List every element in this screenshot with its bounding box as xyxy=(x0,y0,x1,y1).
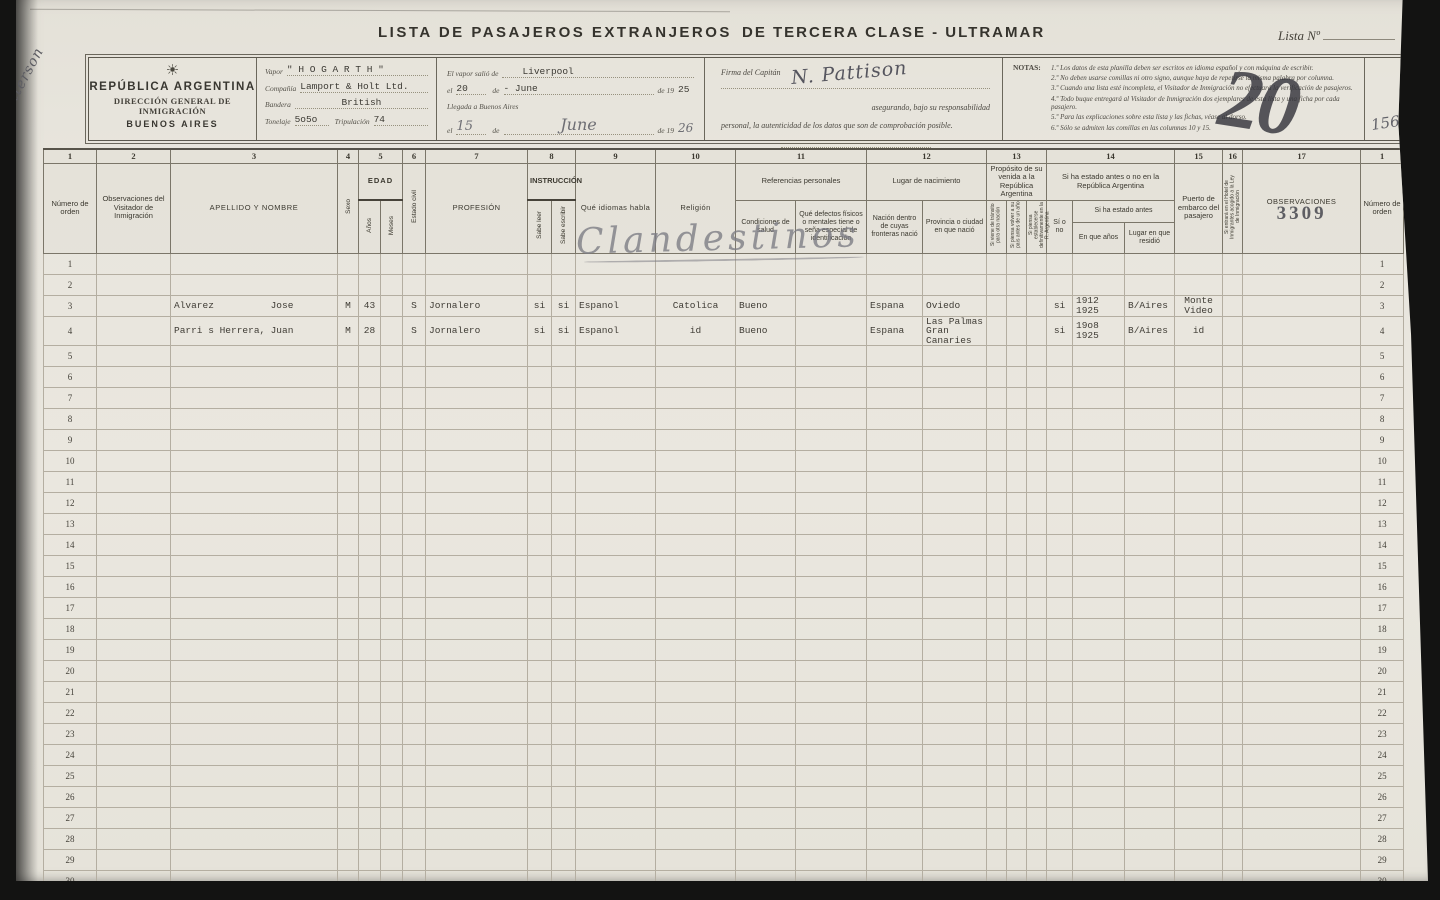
cell-religion xyxy=(656,766,736,787)
header-referencias-personales: Referencias personales xyxy=(736,163,867,200)
cell-n2: 18 xyxy=(1361,619,1404,640)
agency-country: REPÚBLICA ARGENTINA xyxy=(89,81,256,93)
cell-months xyxy=(381,316,403,346)
cell-religion xyxy=(656,745,736,766)
colnum-10: 10 xyxy=(656,149,736,163)
cell-write xyxy=(552,577,576,598)
cell-civil xyxy=(403,850,426,871)
cell-health xyxy=(736,367,796,388)
cell-observ xyxy=(97,556,171,577)
cell-read xyxy=(528,493,552,514)
cell-n: 18 xyxy=(44,619,97,640)
cell-years xyxy=(359,829,381,850)
cell-profession xyxy=(426,535,528,556)
cell-profession xyxy=(426,253,528,274)
cell-language: Espanol xyxy=(576,316,656,346)
cell-n2: 26 xyxy=(1361,787,1404,808)
cell-been xyxy=(1047,274,1073,295)
cell-health xyxy=(736,388,796,409)
cell-profession xyxy=(426,493,528,514)
cell-province xyxy=(923,274,987,295)
cell-place xyxy=(1125,409,1175,430)
cell-religion xyxy=(656,556,736,577)
cell-read: si xyxy=(528,295,552,316)
cell-province xyxy=(923,409,987,430)
colnum-9: 9 xyxy=(576,149,656,163)
cell-n2: 4 xyxy=(1361,316,1404,346)
table-row: 4Parri s Herrera,JuanM28SJornalerosisiEs… xyxy=(44,316,1404,346)
cell-nation xyxy=(867,724,923,745)
cell-defects xyxy=(796,451,867,472)
cell-province xyxy=(923,703,987,724)
cell-port xyxy=(1175,577,1223,598)
cell-name xyxy=(171,409,338,430)
cell-language xyxy=(576,493,656,514)
cell-language xyxy=(576,682,656,703)
cell-obs xyxy=(1243,472,1361,493)
cell-province xyxy=(923,472,987,493)
tonelaje-value: 5o5o xyxy=(295,114,329,126)
cell-settle xyxy=(1027,316,1047,346)
cell-place xyxy=(1125,556,1175,577)
nota-item-6: 6.º Sólo se admiten las comillas en las … xyxy=(1051,124,1356,133)
cell-hotel xyxy=(1223,253,1243,274)
cell-been xyxy=(1047,703,1073,724)
observaciones-number-stamp: 3309 xyxy=(1245,210,1358,219)
cell-transit xyxy=(987,850,1007,871)
cell-nation xyxy=(867,430,923,451)
cell-port xyxy=(1175,388,1223,409)
cell-n2: 24 xyxy=(1361,745,1404,766)
cell-place xyxy=(1125,829,1175,850)
cell-name: AlvarezJose xyxy=(171,295,338,316)
cell-read xyxy=(528,430,552,451)
cell-religion xyxy=(656,703,736,724)
cell-read xyxy=(528,274,552,295)
cell-port: id xyxy=(1175,316,1223,346)
cell-observ xyxy=(97,451,171,472)
cell-civil xyxy=(403,253,426,274)
cell-write xyxy=(552,274,576,295)
cell-province: Oviedo xyxy=(923,295,987,316)
cell-civil xyxy=(403,871,426,892)
cell-transit xyxy=(987,556,1007,577)
cell-n: 5 xyxy=(44,346,97,367)
cell-sex xyxy=(338,409,359,430)
llegada-el-label: el xyxy=(447,126,452,135)
cell-obs xyxy=(1243,724,1361,745)
cell-been xyxy=(1047,661,1073,682)
cell-name: Parri s Herrera,Juan xyxy=(171,316,338,346)
table-row: 1010 xyxy=(44,451,1404,472)
cell-settle xyxy=(1027,724,1047,745)
cell-been xyxy=(1047,598,1073,619)
cell-return_home xyxy=(1007,367,1027,388)
cell-return_home xyxy=(1007,682,1027,703)
cell-write: si xyxy=(552,295,576,316)
vapor-value: " H O G A R T H " xyxy=(287,64,428,76)
cell-language xyxy=(576,409,656,430)
cell-settle xyxy=(1027,274,1047,295)
cell-province xyxy=(923,787,987,808)
cell-obs xyxy=(1243,556,1361,577)
cell-name xyxy=(171,556,338,577)
salio-de-label: de xyxy=(492,86,499,95)
cell-sex xyxy=(338,346,359,367)
cell-civil xyxy=(403,556,426,577)
cell-write xyxy=(552,850,576,871)
cell-province xyxy=(923,556,987,577)
cell-religion: id xyxy=(656,316,736,346)
cell-nation xyxy=(867,829,923,850)
cell-years xyxy=(359,577,381,598)
cell-nation xyxy=(867,472,923,493)
cell-been xyxy=(1047,871,1073,892)
cell-obs xyxy=(1243,430,1361,451)
cell-years xyxy=(359,745,381,766)
cell-transit xyxy=(987,724,1007,745)
header-sabe-leer: Sabe leer xyxy=(528,200,552,253)
cell-return_home xyxy=(1007,640,1027,661)
cell-settle xyxy=(1027,430,1047,451)
cell-n: 13 xyxy=(44,514,97,535)
cell-n2: 23 xyxy=(1361,724,1404,745)
cell-profession xyxy=(426,346,528,367)
cell-hotel xyxy=(1223,514,1243,535)
vapor-label: Vapor xyxy=(265,67,283,76)
cell-n: 21 xyxy=(44,682,97,703)
cell-province xyxy=(923,829,987,850)
cell-return_home xyxy=(1007,388,1027,409)
cell-read: si xyxy=(528,316,552,346)
lista-number-label: Lista Nº xyxy=(1278,28,1320,43)
cell-n: 4 xyxy=(44,316,97,346)
cell-n: 14 xyxy=(44,535,97,556)
cell-health xyxy=(736,640,796,661)
cell-province xyxy=(923,346,987,367)
cell-province xyxy=(923,493,987,514)
cell-settle xyxy=(1027,766,1047,787)
cell-years_in xyxy=(1073,871,1125,892)
cell-years xyxy=(359,367,381,388)
cell-sex xyxy=(338,661,359,682)
cell-defects xyxy=(796,808,867,829)
cell-n2: 30 xyxy=(1361,871,1404,892)
cell-nation xyxy=(867,253,923,274)
cell-n: 19 xyxy=(44,640,97,661)
cell-civil xyxy=(403,745,426,766)
cell-defects xyxy=(796,472,867,493)
cell-n: 15 xyxy=(44,556,97,577)
cell-years_in xyxy=(1073,274,1125,295)
cell-return_home xyxy=(1007,850,1027,871)
notas-section: NOTAS: 1.º Los datos de esta planilla de… xyxy=(1003,58,1365,140)
cell-place xyxy=(1125,619,1175,640)
cell-sex xyxy=(338,472,359,493)
cell-years xyxy=(359,787,381,808)
cell-sex xyxy=(338,787,359,808)
table-row: 1818 xyxy=(44,619,1404,640)
cell-nation xyxy=(867,703,923,724)
cell-obs xyxy=(1243,535,1361,556)
cell-n: 20 xyxy=(44,661,97,682)
cell-profession xyxy=(426,409,528,430)
cell-sex xyxy=(338,451,359,472)
cell-name xyxy=(171,808,338,829)
cell-sex xyxy=(338,829,359,850)
cell-health xyxy=(736,409,796,430)
cell-return_home xyxy=(1007,493,1027,514)
cell-n2: 14 xyxy=(1361,535,1404,556)
cell-profession xyxy=(426,766,528,787)
table-row: 2929 xyxy=(44,850,1404,871)
cell-read xyxy=(528,871,552,892)
cell-n2: 9 xyxy=(1361,430,1404,451)
table-row: 66 xyxy=(44,367,1404,388)
cell-religion xyxy=(656,724,736,745)
cell-religion xyxy=(656,682,736,703)
cell-transit xyxy=(987,766,1007,787)
cell-observ xyxy=(97,295,171,316)
cell-language xyxy=(576,703,656,724)
cell-write xyxy=(552,703,576,724)
cell-defects xyxy=(796,493,867,514)
table-row: 2626 xyxy=(44,787,1404,808)
cell-write xyxy=(552,598,576,619)
cell-place xyxy=(1125,346,1175,367)
cell-province: Las Palmas Gran Canaries xyxy=(923,316,987,346)
table-row: 2828 xyxy=(44,829,1404,850)
cell-hotel xyxy=(1223,430,1243,451)
cell-sex xyxy=(338,514,359,535)
cell-months xyxy=(381,787,403,808)
cell-port xyxy=(1175,451,1223,472)
cell-nation xyxy=(867,661,923,682)
firma-label: Firma del Capitán xyxy=(721,68,781,77)
cell-port xyxy=(1175,367,1223,388)
cell-return_home xyxy=(1007,871,1027,892)
cell-years_in xyxy=(1073,409,1125,430)
colnum-11: 11 xyxy=(736,149,867,163)
cell-years_in xyxy=(1073,388,1125,409)
cell-port xyxy=(1175,598,1223,619)
cell-n2: 5 xyxy=(1361,346,1404,367)
cell-profession xyxy=(426,850,528,871)
cell-years xyxy=(359,535,381,556)
cell-n2: 27 xyxy=(1361,808,1404,829)
cell-settle xyxy=(1027,514,1047,535)
colnum-8: 8 xyxy=(528,149,576,163)
cell-observ xyxy=(97,388,171,409)
cell-settle xyxy=(1027,577,1047,598)
cell-settle xyxy=(1027,451,1047,472)
header-puerto-embarco: Puerto de embarco del pasajero xyxy=(1175,163,1223,253)
cell-read xyxy=(528,409,552,430)
cell-name xyxy=(171,661,338,682)
cell-nation xyxy=(867,367,923,388)
cell-transit xyxy=(987,619,1007,640)
header-numero-orden: Número de orden xyxy=(44,163,97,253)
header-lugar-nacimiento: Lugar de nacimiento xyxy=(867,163,987,200)
cell-transit xyxy=(987,472,1007,493)
cell-n: 3 xyxy=(44,295,97,316)
cell-name xyxy=(171,871,338,892)
cell-return_home xyxy=(1007,556,1027,577)
cell-transit xyxy=(987,346,1007,367)
compania-label: Compañía xyxy=(265,84,296,93)
cell-port xyxy=(1175,661,1223,682)
cell-religion: Catolica xyxy=(656,295,736,316)
cell-observ xyxy=(97,514,171,535)
cell-religion xyxy=(656,871,736,892)
cell-transit xyxy=(987,808,1007,829)
cell-hotel xyxy=(1223,787,1243,808)
cell-religion xyxy=(656,274,736,295)
header-apellido-nombre: APELLIDO Y NOMBRE xyxy=(171,163,338,253)
cell-obs xyxy=(1243,850,1361,871)
cell-civil xyxy=(403,274,426,295)
cell-sex xyxy=(338,274,359,295)
cell-obs xyxy=(1243,598,1361,619)
cell-years xyxy=(359,430,381,451)
bandera-label: Bandera xyxy=(265,100,291,109)
cell-n: 24 xyxy=(44,745,97,766)
cell-religion xyxy=(656,514,736,535)
cell-name xyxy=(171,274,338,295)
cell-language: Espanol xyxy=(576,295,656,316)
cell-years_in: 1912 1925 xyxy=(1073,295,1125,316)
cell-sex xyxy=(338,388,359,409)
cell-defects xyxy=(796,316,867,346)
table-row: 2222 xyxy=(44,703,1404,724)
cell-language xyxy=(576,451,656,472)
cell-transit xyxy=(987,388,1007,409)
cell-years xyxy=(359,388,381,409)
cell-health xyxy=(736,871,796,892)
cell-port xyxy=(1175,871,1223,892)
cell-observ xyxy=(97,472,171,493)
cell-obs xyxy=(1243,295,1361,316)
cell-nation: Espana xyxy=(867,316,923,346)
cell-years_in xyxy=(1073,451,1125,472)
cell-place xyxy=(1125,682,1175,703)
cell-port xyxy=(1175,253,1223,274)
header-meses: Meses xyxy=(381,200,403,253)
cell-settle xyxy=(1027,829,1047,850)
cell-defects xyxy=(796,703,867,724)
cell-language xyxy=(576,577,656,598)
cell-obs xyxy=(1243,745,1361,766)
cell-province xyxy=(923,871,987,892)
cell-months xyxy=(381,829,403,850)
cell-profession xyxy=(426,514,528,535)
cell-years xyxy=(359,682,381,703)
cell-years_in xyxy=(1073,598,1125,619)
cell-name xyxy=(171,493,338,514)
cell-nation xyxy=(867,274,923,295)
cell-write xyxy=(552,619,576,640)
cell-been xyxy=(1047,745,1073,766)
cell-n2: 29 xyxy=(1361,850,1404,871)
cell-name xyxy=(171,766,338,787)
cell-language xyxy=(576,598,656,619)
cell-health xyxy=(736,682,796,703)
cell-language xyxy=(576,787,656,808)
salio-el-label: el xyxy=(447,86,452,95)
cell-n: 2 xyxy=(44,274,97,295)
cell-profession xyxy=(426,598,528,619)
cell-years xyxy=(359,253,381,274)
cell-settle xyxy=(1027,556,1047,577)
cell-n: 1 xyxy=(44,253,97,274)
cell-health xyxy=(736,661,796,682)
cell-been xyxy=(1047,535,1073,556)
cell-name xyxy=(171,724,338,745)
cell-sex xyxy=(338,745,359,766)
cell-civil xyxy=(403,367,426,388)
cell-defects xyxy=(796,556,867,577)
scanned-page: LISTA DE PASAJEROS EXTRANJEROS DE TERCER… xyxy=(16,0,1428,881)
cell-obs xyxy=(1243,316,1361,346)
cell-defects xyxy=(796,787,867,808)
cell-write xyxy=(552,253,576,274)
cell-sex xyxy=(338,619,359,640)
cell-years xyxy=(359,274,381,295)
cell-religion xyxy=(656,598,736,619)
salio-year: 25 xyxy=(678,84,694,95)
cell-return_home xyxy=(1007,514,1027,535)
cell-return_home xyxy=(1007,787,1027,808)
table-row: 55 xyxy=(44,346,1404,367)
cell-nation xyxy=(867,619,923,640)
cell-hotel xyxy=(1223,724,1243,745)
table-row: 1111 xyxy=(44,472,1404,493)
header-establecerse: Si piensa establecerse definitivamente e… xyxy=(1027,200,1047,253)
cell-name xyxy=(171,388,338,409)
cell-civil xyxy=(403,619,426,640)
cell-n: 28 xyxy=(44,829,97,850)
cell-years_in xyxy=(1073,661,1125,682)
nota-item-5: 5.º Para las explicaciones sobre esta li… xyxy=(1051,113,1356,122)
cell-years xyxy=(359,472,381,493)
cell-province xyxy=(923,640,987,661)
agency-department: DIRECCIÓN GENERAL DE INMIGRACIÓN xyxy=(89,96,256,116)
cell-months xyxy=(381,451,403,472)
cell-province xyxy=(923,367,987,388)
cell-observ xyxy=(97,253,171,274)
cell-nation xyxy=(867,766,923,787)
header-anos: Años xyxy=(359,200,381,253)
cell-years_in xyxy=(1073,703,1125,724)
cell-been xyxy=(1047,472,1073,493)
cell-read xyxy=(528,787,552,808)
cell-civil xyxy=(403,598,426,619)
cell-months xyxy=(381,388,403,409)
cell-place xyxy=(1125,514,1175,535)
cell-hotel xyxy=(1223,640,1243,661)
cell-observ xyxy=(97,409,171,430)
cell-port xyxy=(1175,346,1223,367)
cell-civil: S xyxy=(403,316,426,346)
form-header-band: ☀ REPÚBLICA ARGENTINA DIRECCIÓN GENERAL … xyxy=(88,57,1406,141)
cell-civil xyxy=(403,514,426,535)
cell-been xyxy=(1047,493,1073,514)
cell-observ xyxy=(97,661,171,682)
cell-months xyxy=(381,619,403,640)
cell-n: 8 xyxy=(44,409,97,430)
cell-write xyxy=(552,556,576,577)
cell-n: 22 xyxy=(44,703,97,724)
